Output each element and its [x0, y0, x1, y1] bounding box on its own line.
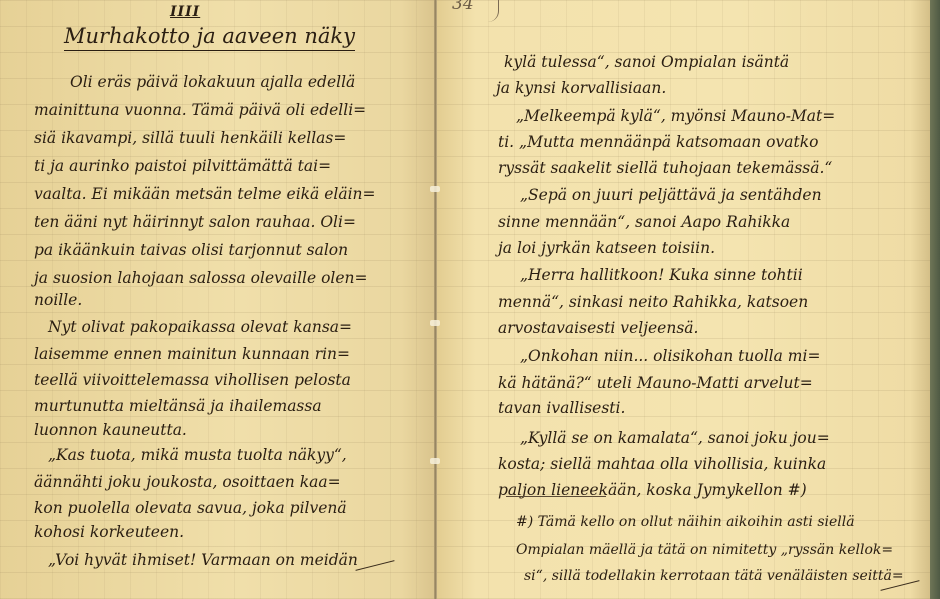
text-line: „Sepä on juuri peljättävä ja sentähden [520, 185, 822, 205]
text-line: ja kynsi korvallisiaan. [496, 78, 666, 98]
text-line: laisemme ennen mainitun kunnaan rin= [34, 344, 350, 364]
binding-stitch [430, 186, 440, 192]
text-line: sinne mennään“, sanoi Aapo Rahikka [498, 212, 790, 232]
footnote-line: #) Tämä kello on ollut näihin aikoihin a… [516, 512, 855, 532]
text-line: ti ja aurinko paistoi pilvittämättä tai= [34, 156, 331, 176]
text-line: ryssät saakelit siellä tuhojaan tekemäss… [498, 158, 832, 178]
text-line: siä ikavampi, sillä tuuli henkäili kella… [34, 128, 346, 148]
footnote-line: Ompialan mäellä ja tätä on nimitetty „ry… [516, 540, 893, 560]
cover-edge [930, 0, 940, 599]
catchword-mark [355, 560, 394, 571]
footnote-divider [506, 496, 606, 497]
text-line: teellä viivoittelemassa vihollisen pelos… [34, 370, 351, 390]
text-line: „Kas tuota, mikä musta tuolta näkyy“, [48, 445, 347, 465]
text-line: ja loi jyrkän katseen toisiin. [498, 238, 715, 258]
text-line: murtunutta mieltänsä ja ihailemassa [34, 396, 322, 416]
text-line: pa ikäänkuin taivas olisi tarjonnut salo… [34, 240, 348, 260]
text-line: arvostavaisesti veljeensä. [498, 318, 698, 338]
text-line: kosta; siellä mahtaa olla vihollisia, ku… [498, 454, 826, 474]
text-line: „Herra hallitkoon! Kuka sinne tohtii [520, 265, 803, 285]
text-line: „Onkohan niin... olisikohan tuolla mi= [520, 346, 820, 366]
text-line: ja suosion lahojaan salossa olevaille ol… [34, 268, 368, 288]
text-line: „Voi hyvät ihmiset! Varmaan on meidän [48, 550, 358, 570]
text-line: vaalta. Ei mikään metsän telme eikä eläi… [34, 184, 376, 204]
text-line: Oli eräs päivä lokakuun ajalla edellä [70, 72, 355, 92]
text-line: mennä“, sinkasi neito Rahikka, katsoen [498, 292, 808, 312]
page-number-bracket [488, 0, 499, 22]
text-line: paljon lieneekään, koska Jymykellon #) [498, 480, 807, 500]
text-line: kylä tulessa“, sanoi Ompialan isäntä [504, 52, 789, 72]
binding-gutter [434, 0, 437, 599]
text-line: tavan ivallisesti. [498, 398, 625, 418]
binding-stitch [430, 458, 440, 464]
text-line: äännähti joku joukosta, osoittaen kaa= [34, 472, 341, 492]
left-page: IIII Murhakotto ja aaveen näky Oli eräs … [0, 0, 436, 599]
text-line: „Melkeempä kylä“, myönsi Mauno-Mat= [516, 106, 835, 126]
text-line: ti. „Mutta mennäänpä katsomaan ovatko [498, 132, 818, 152]
chapter-title: Murhakotto ja aaveen näky [64, 24, 355, 51]
text-line: kon puolella olevata savua, joka pilvenä [34, 498, 347, 518]
text-line: kä hätänä?“ uteli Mauno-Matti arvelut= [498, 373, 813, 393]
notebook-spread: IIII Murhakotto ja aaveen näky Oli eräs … [0, 0, 940, 599]
text-line: noille. [34, 290, 82, 310]
page-number: 34 [452, 0, 474, 14]
chapter-number: IIII [170, 4, 200, 20]
text-line: luonnon kauneutta. [34, 420, 187, 440]
text-line: kohosi korkeuteen. [34, 522, 184, 542]
text-line: mainittuna vuonna. Tämä päivä oli edelli… [34, 100, 366, 120]
text-line: ten ääni nyt häirinnyt salon rauhaa. Oli… [34, 212, 356, 232]
binding-stitch [430, 320, 440, 326]
right-page: 34 kylä tulessa“, sanoi Ompialan isäntä … [436, 0, 930, 599]
text-line: Nyt olivat pakopaikassa olevat kansa= [48, 317, 352, 337]
text-line: „Kyllä se on kamalata“, sanoi joku jou= [520, 428, 830, 448]
footnote-line: si“, sillä todellakin kerrotaan tätä ven… [524, 566, 904, 586]
